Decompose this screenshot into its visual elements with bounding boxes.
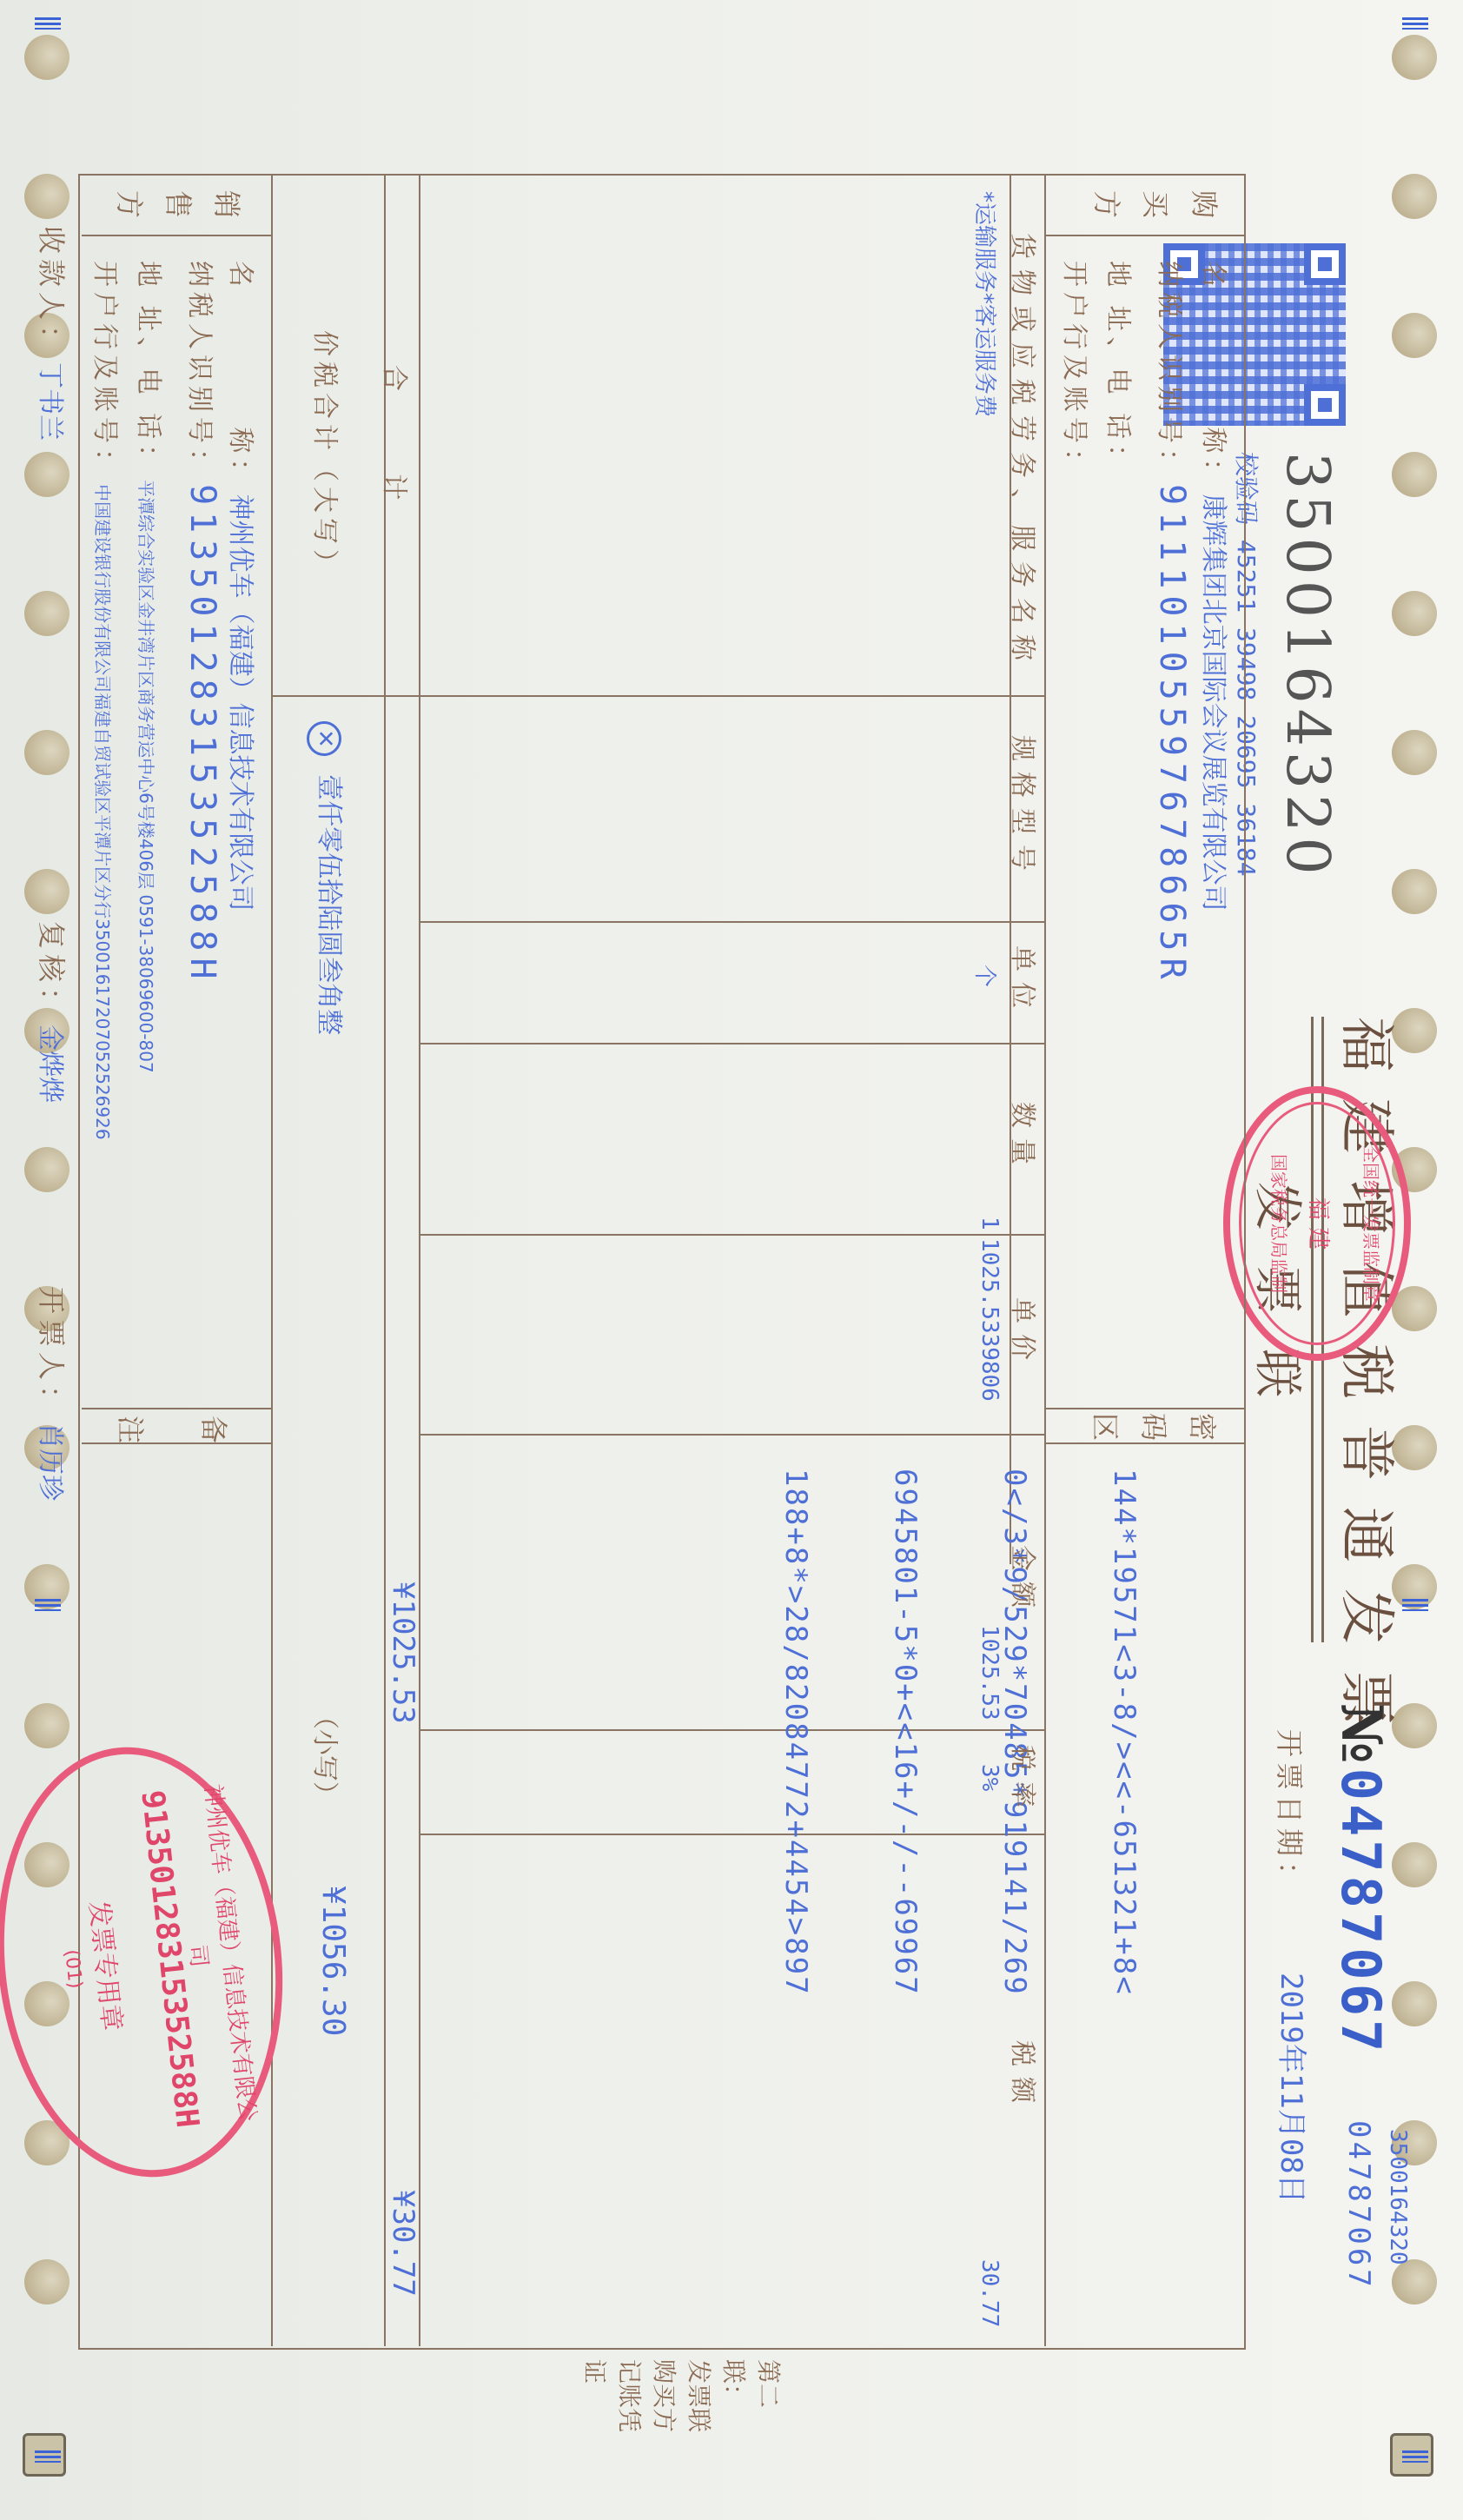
payee: 收款人： 丁书兰 xyxy=(33,226,73,441)
total-words-row: ✕ 壹仟零伍拾陆圆叁角整 xyxy=(308,721,352,1035)
total-amount-figures: ¥1056.30 xyxy=(315,1886,351,2036)
seller-address-label: 地 址、电 话： xyxy=(133,261,163,475)
tax-bureau-stamp: 全国统一发票监制章 福 建 国家税务总局监制 xyxy=(1223,1086,1411,1361)
printed-code: 3500164320 xyxy=(1385,2129,1411,2265)
cipher-block: 144*19571<3-8/><<-651321+8< 0</3*9/529*7… xyxy=(705,1469,1215,1996)
col-unit: 单位 xyxy=(1006,921,1044,1043)
stamp-center-text: 福 建 xyxy=(1304,1128,1336,1319)
stamp-lower-text: 国家税务总局监制 xyxy=(1268,1128,1293,1319)
seller-bank-label: 开户行及账号： xyxy=(89,261,120,480)
seller-name: 神州优车（福建）信息技术有限公司 xyxy=(225,494,255,911)
issuer-name: 肖历珍 xyxy=(35,1422,65,1501)
reviewer-name: 金烨烨 xyxy=(35,1025,65,1103)
total-small-label: （小写） xyxy=(308,1703,347,1807)
seller-name-label: 名 称： xyxy=(225,261,255,489)
number-mark: № xyxy=(1328,1703,1393,1764)
issuer: 开票人： 肖历珍 xyxy=(33,1286,73,1501)
col-tax-rate: 税率 xyxy=(1006,1729,1044,1834)
total-label: 价税合计（大写） xyxy=(308,330,347,580)
cipher-line: 188+8*>28/82084772+4454>897 xyxy=(778,1469,814,1996)
buyer-name-label: 名 称： xyxy=(1198,261,1228,489)
col-quantity: 数量 xyxy=(1006,1043,1044,1234)
seller-name-row: 名 称： 神州优车（福建）信息技术有限公司 xyxy=(224,261,262,911)
buyer-name: 康辉集团北京国际会议展览有限公司 xyxy=(1198,494,1228,911)
total-amount-words: 壹仟零伍拾陆圆叁角整 xyxy=(314,774,344,1035)
copy-note: 第二联： 发票联 购买方记账凭证 xyxy=(577,2359,785,2455)
issue-date-label: 开票日期： xyxy=(1271,1729,1311,1894)
subtotal-label: 合 计 xyxy=(378,365,416,500)
item-tax-rate: 3% xyxy=(976,1764,1003,1791)
buyer-name-row: 名 称： 康辉集团北京国际会议展览有限公司 xyxy=(1197,261,1235,911)
reviewer-label: 复核： xyxy=(35,921,68,1020)
cipher-line: 6945801-5*0+<<16+/-/--69967 xyxy=(887,1469,923,1996)
invoice-number: № 04787067 xyxy=(1328,1703,1393,2055)
col-amount: 金额 xyxy=(1006,1434,1044,1729)
invoice-sheet: 3500164320 校验码 45251 39498 20695 36184 福… xyxy=(0,0,1463,2520)
payee-label: 收款人： xyxy=(35,226,68,358)
buyer-bank-label: 开户行及账号： xyxy=(1059,261,1089,480)
stamp-outer-text: 全国统一发票监制章 xyxy=(1360,1128,1385,1319)
buyer-address-label: 地 址、电 话： xyxy=(1102,261,1133,475)
printed-number: 04787067 xyxy=(1341,2120,1376,2291)
col-unit-price: 单价 xyxy=(1006,1234,1044,1434)
invoice-number-value: 04787067 xyxy=(1329,1768,1393,2056)
item-unit: 个 xyxy=(970,965,1003,987)
item-tax: 30.77 xyxy=(976,2259,1003,2327)
circle-x-icon: ✕ xyxy=(308,721,342,756)
remarks-label: 备注 xyxy=(106,1412,238,1447)
item-unit-price: 1025.5339806 xyxy=(976,1238,1003,1402)
subtotal-amount: ¥1025.53 xyxy=(386,1582,420,1724)
issue-date: 2019年11月08日 xyxy=(1273,1973,1315,2204)
subtotal-tax: ¥30.77 xyxy=(386,2190,420,2297)
seller-taxid: 91350128315352588H xyxy=(182,484,222,985)
invoice-code: 3500164320 xyxy=(1273,452,1341,880)
item-name: *运输服务*客运服务费 xyxy=(970,191,1003,417)
issuer-label: 开票人： xyxy=(35,1286,68,1418)
seller-taxid-row: 纳税人识别号： 91350128315352588H xyxy=(182,261,222,986)
reviewer: 复核： 金烨烨 xyxy=(33,921,73,1103)
buyer-taxid: 91110105597678665R xyxy=(1152,484,1192,985)
seller-address-row: 地 址、电 话： 平潭综合实验区金井湾片区商务营运中心6号楼406层 0591-… xyxy=(132,261,170,1073)
buyer-taxid-label: 纳税人识别号： xyxy=(1154,261,1184,480)
buyer-bank-row: 开户行及账号： xyxy=(1058,261,1096,480)
buyer-address-row: 地 址、电 话： xyxy=(1102,261,1140,475)
seller-bank-row: 开户行及账号： 中国建设银行股份有限公司福建自贸试验区平潭片区分行3500161… xyxy=(89,261,127,1140)
payee-name: 丁书兰 xyxy=(35,362,65,441)
col-spec: 规格型号 xyxy=(1006,695,1044,921)
seller-taxid-label: 纳税人识别号： xyxy=(184,261,215,480)
col-tax: 税额 xyxy=(1006,1834,1044,2320)
cipher-line: 144*19571<3-8/><<-651321+8< xyxy=(1106,1469,1142,1996)
col-goods-name: 货物或应税劳务、服务名称 xyxy=(1006,209,1044,695)
cipher-side-label: 密码区 xyxy=(1081,1409,1227,1444)
buyer-side-label: 购买方 xyxy=(1082,187,1228,222)
seller-address: 平潭综合实验区金井湾片区商务营运中心6号楼406层 0591-38069600-… xyxy=(136,480,156,1073)
seller-bank: 中国建设银行股份有限公司福建自贸试验区平潭片区分行350016172070525… xyxy=(92,484,113,1140)
item-amount: 1025.53 xyxy=(976,1625,1003,1721)
item-quantity: 1 xyxy=(976,1217,1003,1230)
buyer-taxid-row: 纳税人识别号： 91110105597678665R xyxy=(1152,261,1192,986)
seller-side-label: 销售方 xyxy=(105,187,251,222)
